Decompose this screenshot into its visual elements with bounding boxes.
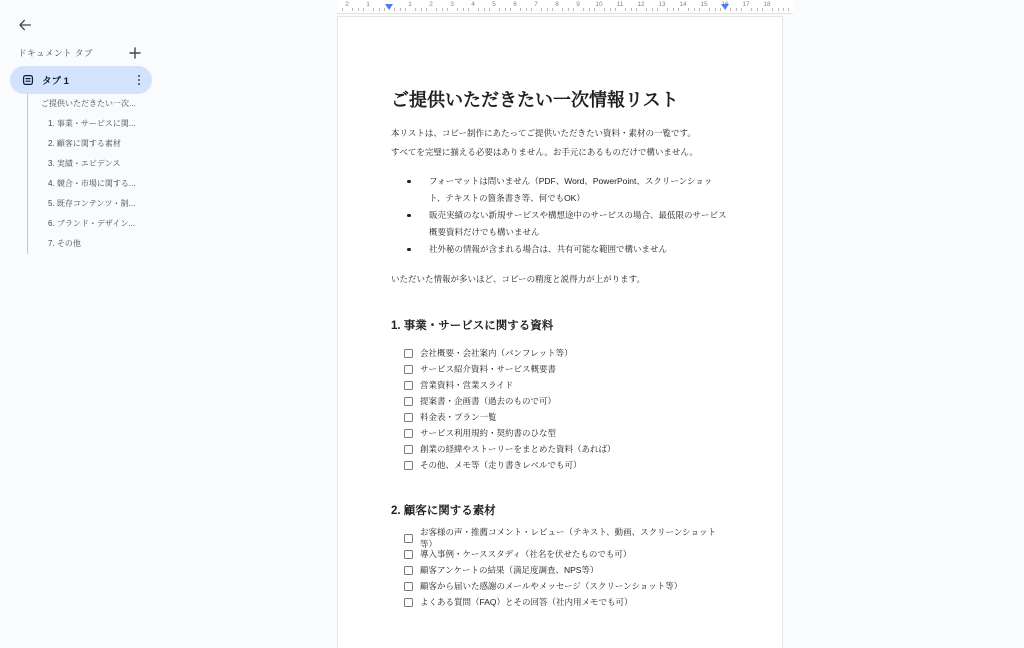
notes-list: フォーマットは問いません（PDF、Word、PowerPoint、スクリーンショ…	[391, 173, 728, 258]
ruler-tick	[589, 8, 590, 11]
bullet-icon	[407, 214, 411, 218]
ruler-number: 3	[450, 1, 454, 9]
checkbox-icon[interactable]	[404, 429, 413, 438]
ruler-tick	[468, 8, 469, 11]
document-tabs-sidebar: ドキュメント タブ タブ 1 ご提供いただきたい一次...1. 事業・サービスに…	[0, 0, 337, 648]
check-item-label: お客様の声・推薦コメント・レビュー（テキスト、動画、スクリーンショット等）	[420, 526, 728, 550]
check-item-label: サービス紹介資料・サービス概要書	[420, 363, 556, 375]
ruler-tick	[405, 8, 406, 11]
checkbox-icon[interactable]	[404, 550, 413, 559]
ruler-tick	[499, 8, 500, 11]
arrow-left-icon	[17, 17, 33, 33]
section-heading: 2. 顧客に関する素材	[391, 502, 728, 520]
doc-title: ご提供いただきたい一次情報リスト	[391, 87, 728, 113]
ruler-tick	[772, 8, 773, 11]
sections-container: 1. 事業・サービスに関する資料会社概要・会社案内（パンフレット等）サービス紹介…	[391, 317, 728, 610]
ruler-tick	[379, 8, 380, 11]
note-item: フォーマットは問いません（PDF、Word、PowerPoint、スクリーンショ…	[391, 173, 728, 207]
ruler-tick	[730, 8, 731, 11]
ruler: 21123456789101112131415161718	[337, 0, 793, 14]
ruler-tick	[457, 8, 458, 11]
ruler-tick	[562, 8, 563, 11]
tab-item-tab1[interactable]: タブ 1	[10, 66, 152, 94]
ruler-tick	[583, 8, 584, 11]
ruler-number: 2	[429, 1, 433, 9]
ruler-tick	[688, 8, 689, 11]
check-item-label: 会社概要・会社案内（パンフレット等）	[420, 347, 573, 359]
note-text: 販売実績のない新規サービスや構想途中のサービスの場合、最低限のサービス概要資料だ…	[429, 207, 728, 241]
page-content: ご提供いただきたい一次情報リスト 本リストは、コピー制作にあたってご提供いただき…	[338, 17, 782, 610]
check-item: お客様の声・推薦コメント・レビュー（テキスト、動画、スクリーンショット等）	[404, 530, 728, 546]
intro-paragraph: 本リストは、コピー制作にあたってご提供いただきたい資料・素材の一覧です。すべてを…	[391, 124, 728, 161]
checkbox-icon[interactable]	[404, 445, 413, 454]
checkbox-icon[interactable]	[404, 413, 413, 422]
bullet-cell	[391, 207, 429, 241]
checkbox-icon[interactable]	[404, 349, 413, 358]
ruler-number: 1	[366, 1, 370, 9]
ruler-tick	[442, 8, 443, 11]
check-item: サービス利用規約・契約書のひな型	[404, 425, 728, 441]
checkbox-icon[interactable]	[404, 534, 413, 543]
check-item: 顧客アンケートの結果（満足度調査、NPS等）	[404, 562, 728, 578]
check-item: 料金表・プラン一覧	[404, 409, 728, 425]
check-item: 営業資料・営業スライド	[404, 377, 728, 393]
check-item: サービス紹介資料・サービス概要書	[404, 361, 728, 377]
ruler-number: 2	[345, 1, 349, 9]
outline-item[interactable]: 6. ブランド・デザイン...	[28, 214, 328, 234]
outline-item[interactable]: 4. 競合・市場に関する...	[28, 174, 328, 194]
ruler-tick	[715, 8, 716, 11]
ruler-number: 12	[637, 1, 644, 9]
intro-line: 本リストは、コピー制作にあたってご提供いただきたい資料・素材の一覧です。	[391, 124, 728, 143]
back-button[interactable]	[10, 10, 40, 40]
ruler-tick	[436, 8, 437, 11]
ruler-tick	[667, 8, 668, 11]
bullet-cell	[391, 241, 429, 258]
note-item: 社外秘の情報が含まれる場合は、共有可能な範囲で構いません	[391, 241, 728, 258]
add-tab-button[interactable]	[124, 42, 146, 64]
ruler-tick	[400, 8, 401, 11]
ruler-tick	[373, 8, 374, 11]
document-tab-icon	[22, 74, 34, 86]
outline-item[interactable]: 1. 事業・サービスに関...	[28, 114, 328, 134]
ruler-tick	[615, 8, 616, 11]
ruler-tick	[358, 8, 359, 11]
ruler-number: 8	[555, 1, 559, 9]
checkbox-icon[interactable]	[404, 397, 413, 406]
note-text: 社外秘の情報が含まれる場合は、共有可能な範囲で構いません	[429, 241, 728, 258]
ruler-tick	[531, 8, 532, 11]
check-item-label: 創業の経緯やストーリーをまとめた資料（あれば）	[420, 443, 616, 455]
ruler-tick	[631, 8, 632, 11]
plus-icon	[129, 47, 141, 59]
ruler-number: 14	[679, 1, 686, 9]
ruler-tick	[783, 8, 784, 11]
ruler-tick	[778, 8, 779, 11]
check-list: 会社概要・会社案内（パンフレット等）サービス紹介資料・サービス概要書営業資料・営…	[391, 345, 728, 473]
ruler-tick	[526, 8, 527, 11]
ruler-number: 9	[576, 1, 580, 9]
check-item-label: その他、メモ等（走り書きレベルでも可）	[420, 459, 582, 471]
check-item: 顧客から届いた感謝のメールやメッセージ（スクリーンショット等）	[404, 578, 728, 594]
ruler-tick	[751, 8, 752, 11]
ruler-tick	[520, 8, 521, 11]
ruler-tick	[363, 8, 364, 11]
ruler-tick	[673, 8, 674, 11]
ruler-tick	[788, 8, 789, 11]
check-item: その他、メモ等（走り書きレベルでも可）	[404, 457, 728, 473]
ruler-number: 4	[471, 1, 475, 9]
bullet-cell	[391, 173, 429, 207]
checkbox-icon[interactable]	[404, 582, 413, 591]
check-item-label: 顧客アンケートの結果（満足度調査、NPS等）	[420, 564, 598, 576]
doc-section: 1. 事業・サービスに関する資料会社概要・会社案内（パンフレット等）サービス紹介…	[391, 317, 728, 473]
tab-label: タブ 1	[42, 73, 135, 87]
ruler-tick	[447, 8, 448, 11]
ruler-tick	[421, 8, 422, 11]
ruler-number: 11	[617, 1, 624, 9]
check-item: 会社概要・会社案内（パンフレット等）	[404, 345, 728, 361]
check-item: よくある質問（FAQ）とその回答（社内用メモでも可）	[404, 594, 728, 610]
ruler-number: 17	[742, 1, 749, 9]
note-item: 販売実績のない新規サービスや構想途中のサービスの場合、最低限のサービス概要資料だ…	[391, 207, 728, 241]
ruler-number: 13	[658, 1, 665, 9]
ruler-tick	[463, 8, 464, 11]
check-item: 創業の経緯やストーリーをまとめた資料（あれば）	[404, 441, 728, 457]
check-list: お客様の声・推薦コメント・レビュー（テキスト、動画、スクリーンショット等）導入事…	[391, 530, 728, 610]
ruler-tick	[625, 8, 626, 11]
checkbox-icon[interactable]	[404, 461, 413, 470]
check-item-label: 顧客から届いた感謝のメールやメッセージ（スクリーンショット等）	[420, 580, 682, 592]
check-item-label: 料金表・プラン一覧	[420, 411, 497, 423]
check-item: 提案書・企画書（過去のもので可）	[404, 393, 728, 409]
check-item-label: 導入事例・ケーススタディ（社名を伏せたものでも可）	[420, 548, 631, 560]
margin-marker-icon[interactable]	[721, 4, 729, 10]
ruler-tick	[510, 8, 511, 11]
ruler-number: 6	[513, 1, 517, 9]
margin-marker-icon[interactable]	[385, 4, 393, 10]
section-heading: 1. 事業・サービスに関する資料	[391, 317, 728, 335]
check-item-label: 提案書・企画書（過去のもので可）	[420, 395, 556, 407]
note-text: フォーマットは問いません（PDF、Word、PowerPoint、スクリーンショ…	[429, 173, 728, 207]
ruler-tick	[552, 8, 553, 11]
ruler-tick	[478, 8, 479, 11]
outline-item[interactable]: ご提供いただきたい一次...	[28, 94, 328, 114]
ruler-tick	[541, 8, 542, 11]
ruler-number: 5	[492, 1, 496, 9]
check-item-label: よくある質問（FAQ）とその回答（社内用メモでも可）	[420, 596, 633, 608]
ruler-tick	[573, 8, 574, 11]
ruler-tick	[709, 8, 710, 11]
ruler-tick	[694, 8, 695, 11]
outline-item[interactable]: 5. 既存コンテンツ・制...	[28, 194, 328, 214]
ruler-tick	[610, 8, 611, 11]
ruler-tick	[342, 8, 343, 11]
checkbox-icon[interactable]	[404, 365, 413, 374]
document-outline: ご提供いただきたい一次...1. 事業・サービスに関...2. 顧客に関する素材…	[27, 94, 328, 254]
intro-line: すべてを完璧に揃える必要はありません。お手元にあるものだけで構いません。	[391, 143, 728, 162]
doc-section: 2. 顧客に関する素材お客様の声・推薦コメント・レビュー（テキスト、動画、スクリ…	[391, 502, 728, 610]
ruler-tick	[568, 8, 569, 11]
ruler-tick	[489, 8, 490, 11]
ruler-tick	[415, 8, 416, 11]
bullet-icon	[407, 248, 411, 252]
ruler-tick	[426, 8, 427, 11]
check-item-label: サービス利用規約・契約書のひな型	[420, 427, 556, 439]
ruler-tick	[757, 8, 758, 11]
ruler-tick	[652, 8, 653, 11]
checkbox-icon[interactable]	[404, 381, 413, 390]
ruler-tick	[736, 8, 737, 11]
document-page[interactable]: ご提供いただきたい一次情報リスト 本リストは、コピー制作にあたってご提供いただき…	[337, 16, 783, 648]
ruler-number: 7	[534, 1, 538, 9]
outline-item[interactable]: 2. 顧客に関する素材	[28, 134, 328, 154]
ruler-tick	[352, 8, 353, 11]
checkbox-icon[interactable]	[404, 566, 413, 575]
ruler-number: 15	[700, 1, 707, 9]
bullet-icon	[407, 180, 411, 184]
ruler-number: 18	[763, 1, 770, 9]
check-item-label: 営業資料・営業スライド	[420, 379, 513, 391]
checkbox-icon[interactable]	[404, 598, 413, 607]
ruler-tick	[547, 8, 548, 11]
ruler-tick	[505, 8, 506, 11]
outline-item[interactable]: 7. その他	[28, 234, 328, 254]
tab-options-kebab-icon[interactable]	[135, 72, 143, 88]
ruler-tick	[604, 8, 605, 11]
ruler-tick	[646, 8, 647, 11]
ruler-tick	[394, 8, 395, 11]
closing-paragraph: いただいた情報が多いほど、コピーの精度と説得力が上がります。	[391, 271, 728, 288]
ruler-tick	[484, 8, 485, 11]
ruler-number: 1	[408, 1, 412, 9]
outline-item[interactable]: 3. 実績・エビデンス	[28, 154, 328, 174]
ruler-number: 10	[595, 1, 602, 9]
sidebar-title: ドキュメント タブ	[18, 47, 93, 59]
